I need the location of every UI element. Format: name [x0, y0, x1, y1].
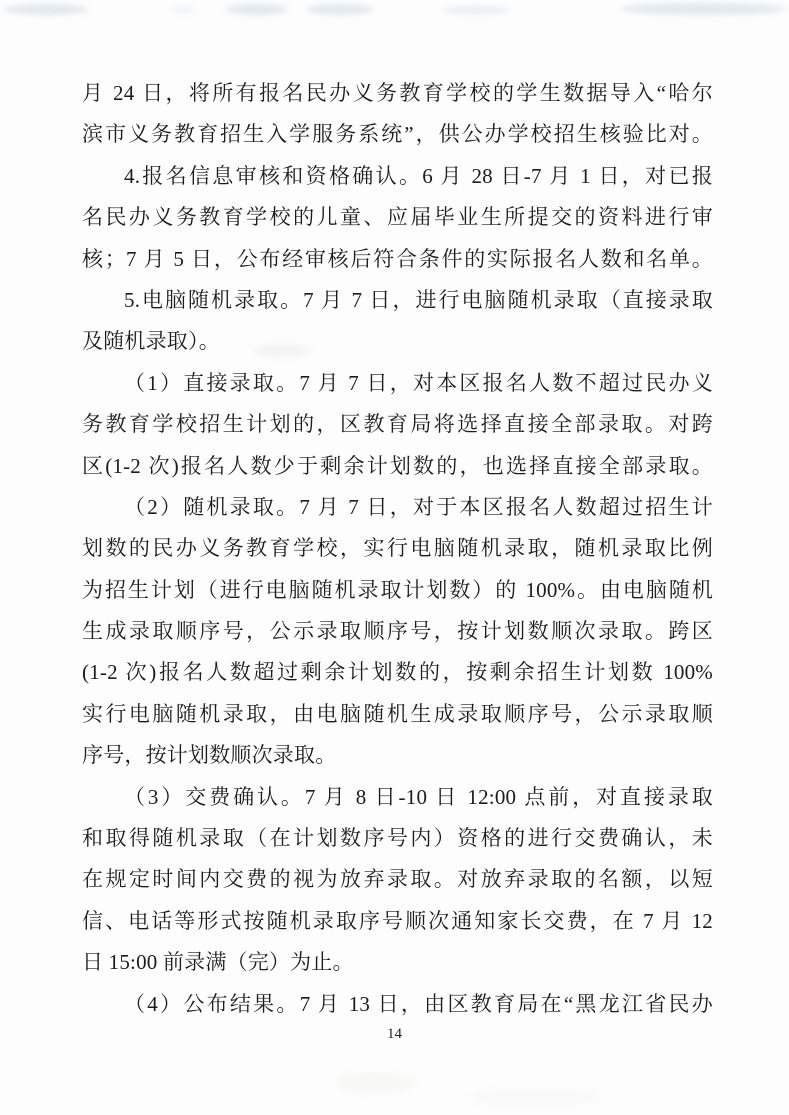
scan-smudge	[470, 1088, 600, 1108]
text-line: 实行电脑随机录取，由电脑随机生成录取顺序号，公示录取顺	[82, 694, 713, 735]
document-text: 月 24 日，将所有报名民办义务教育学校的学生数据导入“哈尔 滨市义务教育招生入…	[82, 73, 713, 1025]
text-line: 及随机录取）。	[82, 321, 713, 362]
text-line: （3）交费确认。7 月 8 日-10 日 12:00 点前，对直接录取	[82, 777, 713, 818]
text-line: 5.电脑随机录取。7 月 7 日，进行电脑随机录取（直接录取	[82, 280, 713, 321]
text-line: 在规定时间内交费的视为放弃录取。对放弃录取的名额，以短	[82, 859, 713, 900]
scan-smudge	[4, 4, 88, 15]
text-line: （1）直接录取。7 月 7 日，对本区报名人数不超过民办义	[82, 363, 713, 404]
text-line: 务教育学校招生计划的，区教育局将选择直接全部录取。对跨	[82, 404, 713, 445]
page-number: 14	[0, 1026, 789, 1043]
text-line: 区(1-2 次)报名人数少于剩余计划数的，也选择直接全部录取。	[82, 446, 713, 487]
text-line: 生成录取顺序号，公示录取顺序号，按计划数顺次录取。跨区	[82, 611, 713, 652]
text-line: 信、电话等形式按随机录取序号顺次通知家长交费，在 7 月 12	[82, 901, 713, 942]
scan-smudge	[335, 1072, 415, 1094]
scan-smudge	[307, 4, 373, 15]
text-line: 和取得随机录取（在计划数序号内）资格的进行交费确认，未	[82, 818, 713, 859]
scan-smudge	[226, 4, 288, 15]
text-line: 核；7 月 5 日，公布经审核后符合条件的实际报名人数和名单。	[82, 239, 713, 280]
text-line: 日 15:00 前录满（完）为止。	[82, 942, 713, 983]
text-line: （4）公布结果。7 月 13 日，由区教育局在“黑龙江省民办	[82, 984, 713, 1025]
scan-smudge	[172, 7, 194, 13]
text-line: 名民办义务教育学校的儿童、应届毕业生所提交的资料进行审	[82, 197, 713, 238]
text-line: （2）随机录取。7 月 7 日，对于本区报名人数超过招生计	[82, 487, 713, 528]
text-line: 月 24 日，将所有报名民办义务教育学校的学生数据导入“哈尔	[82, 73, 713, 114]
text-line: 划数的民办义务教育学校，实行电脑随机录取，随机录取比例	[82, 528, 713, 569]
document-page: 月 24 日，将所有报名民办义务教育学校的学生数据导入“哈尔 滨市义务教育招生入…	[0, 0, 789, 1115]
text-line: (1-2 次)报名人数超过剩余计划数的，按剩余招生计划数 100%	[82, 652, 713, 693]
text-line: 滨市义务教育招生入学服务系统”，供公办学校招生核验比对。	[82, 114, 713, 155]
text-line: 4.报名信息审核和资格确认。6 月 28 日-7 月 1 日，对已报	[82, 156, 713, 197]
text-line: 序号，按计划数顺次录取。	[82, 735, 713, 776]
text-line: 为招生计划（进行电脑随机录取计划数）的 100%。由电脑随机	[82, 570, 713, 611]
scan-smudge	[620, 3, 786, 15]
scan-smudge	[443, 6, 509, 15]
